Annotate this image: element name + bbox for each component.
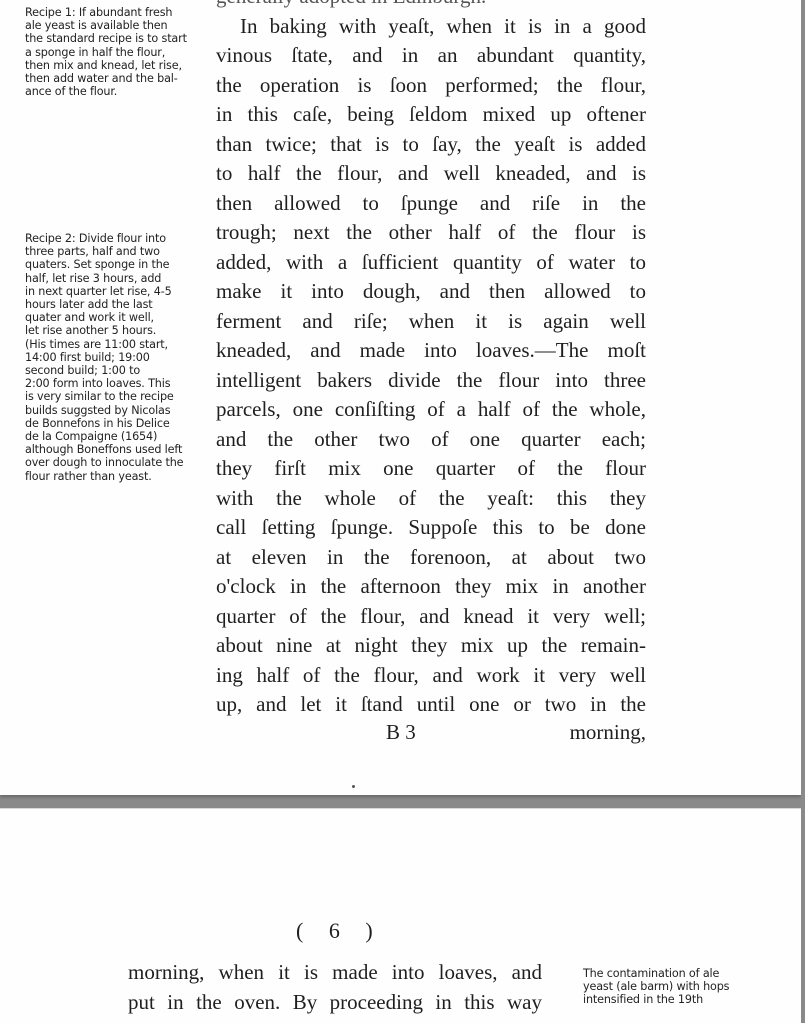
sidenote-line: the standard recipe is to start xyxy=(25,32,200,45)
sidenote-line: 14:00 first build; 19:00 xyxy=(25,351,200,364)
text-line: kneaded, and made into loaves.—The moſt xyxy=(216,336,646,366)
sidenote-line: quaters. Set sponge in the xyxy=(25,258,200,271)
sidenote-line: although Boneffons used left xyxy=(25,443,200,456)
sidenote-line: quater and work it well, xyxy=(25,311,200,324)
text-line: added, with a ſufficient quantity of wat… xyxy=(216,248,646,278)
text-line: than twice; that is to ſay, the yeaſt is… xyxy=(216,130,646,160)
text-line: put in the oven. By proceeding in this w… xyxy=(128,988,542,1018)
sidenote-line: 2:00 form into loaves. This xyxy=(25,377,200,390)
sidenote-line: ance of the flour. xyxy=(25,85,200,98)
text-line: o'clock in the afternoon they mix in ano… xyxy=(216,572,646,602)
sidenote-line: ale yeast is available then xyxy=(25,19,200,32)
sidenote-ale-barm: The contamination of ale yeast (ale barm… xyxy=(583,967,758,1007)
text-line: up, and let it ſtand until one or two in… xyxy=(216,690,646,720)
sidenote-line: hours later add the last xyxy=(25,298,200,311)
sidenote-line: half, let rise 3 hours, add xyxy=(25,272,200,285)
text-line: they firſt mix one quarter of the flour xyxy=(216,454,646,484)
sidenote-line: second build; 1:00 to xyxy=(25,364,200,377)
text-line: morning, when it is made into loaves, an… xyxy=(128,958,542,988)
sidenote-line: builds suggsted by Nicolas xyxy=(25,404,200,417)
text-line: trough; next the other half of the flour… xyxy=(216,218,646,248)
sidenote-line: then mix and knead, let rise, xyxy=(25,59,200,72)
sidenote-line: is very similar to the recipe xyxy=(25,390,200,403)
text-line: in this caſe, being ſeldom mixed up ofte… xyxy=(216,100,646,130)
text-line: to half the flour, and well kneaded, and… xyxy=(216,159,646,189)
text-line: intelligent bakers divide the flour into… xyxy=(216,366,646,396)
sidenote-line: then add water and the bal- xyxy=(25,72,200,85)
text-line: In baking with yeaſt, when it is in a go… xyxy=(216,12,646,42)
sidenote-line: flour rather than yeast. xyxy=(25,470,200,483)
sidenote-line: let rise another 5 hours. xyxy=(25,324,200,337)
sidenote-line: intensified in the 19th xyxy=(583,993,758,1006)
text-line: the operation is ſoon performed; the flo… xyxy=(216,71,646,101)
sidenote-line: in next quarter let rise, 4-5 xyxy=(25,285,200,298)
text-line: and the other two of one quarter each; xyxy=(216,425,646,455)
signature-mark: B 3 xyxy=(386,720,416,745)
sidenote-recipe-1: Recipe 1: If abundant fresh ale yeast is… xyxy=(25,6,200,98)
sidenote-line: (His times are 11:00 start, xyxy=(25,338,200,351)
catchword: morning, xyxy=(570,720,646,745)
text-line: parcels, one conſiſting of a half of the… xyxy=(216,395,646,425)
text-line: at eleven in the forenoon, at about two xyxy=(216,543,646,573)
sidenote-line: Recipe 2: Divide flour into xyxy=(25,232,200,245)
sidenote-line: de Bonnefons in his Delice xyxy=(25,417,200,430)
text-line: make it into dough, and then allowed to xyxy=(216,277,646,307)
sidenote-line: de la Compaigne (1654) xyxy=(25,430,200,443)
text-line: with the whole of the yeaſt: this they xyxy=(216,484,646,514)
sidenote-recipe-2: Recipe 2: Divide flour into three parts,… xyxy=(25,232,200,483)
sidenote-line: a sponge in half the flour, xyxy=(25,46,200,59)
page-footer: B 3 morning, xyxy=(216,720,646,750)
text-line: about nine at night they mix up the rema… xyxy=(216,631,646,661)
sidenote-line: yeast (ale barm) with hops xyxy=(583,980,758,993)
sidenote-line: three parts, half and two xyxy=(25,245,200,258)
text-line: quarter of the flour, and knead it very … xyxy=(216,602,646,632)
text-line: call ſetting ſpunge. Suppoſe this to be … xyxy=(216,513,646,543)
text-line-cut: generally adopted in Edinburgh. xyxy=(216,0,516,12)
historical-text-body: generally adopted in Edinburgh. In bakin… xyxy=(216,0,646,720)
historical-text-body-page-6: morning, when it is made into loaves, an… xyxy=(128,958,542,1017)
sidenote-line: The contamination of ale xyxy=(583,967,758,980)
text-line: ferment and riſe; when it is again well xyxy=(216,307,646,337)
sidenote-line: Recipe 1: If abundant fresh xyxy=(25,6,200,19)
text-line: then allowed to ſpunge and riſe in the xyxy=(216,189,646,219)
scan-speck xyxy=(352,785,355,788)
page-number: ( 6 ) xyxy=(296,918,383,944)
text-line: ing half of the flour, and work it very … xyxy=(216,661,646,691)
document-page-5: Recipe 1: If abundant fresh ale yeast is… xyxy=(0,0,801,795)
text-line: vinous ſtate, and in an abundant quantit… xyxy=(216,41,646,71)
viewer-scrollbar-track[interactable] xyxy=(801,0,805,1023)
sidenote-line: over dough to innoculate the xyxy=(25,456,200,469)
